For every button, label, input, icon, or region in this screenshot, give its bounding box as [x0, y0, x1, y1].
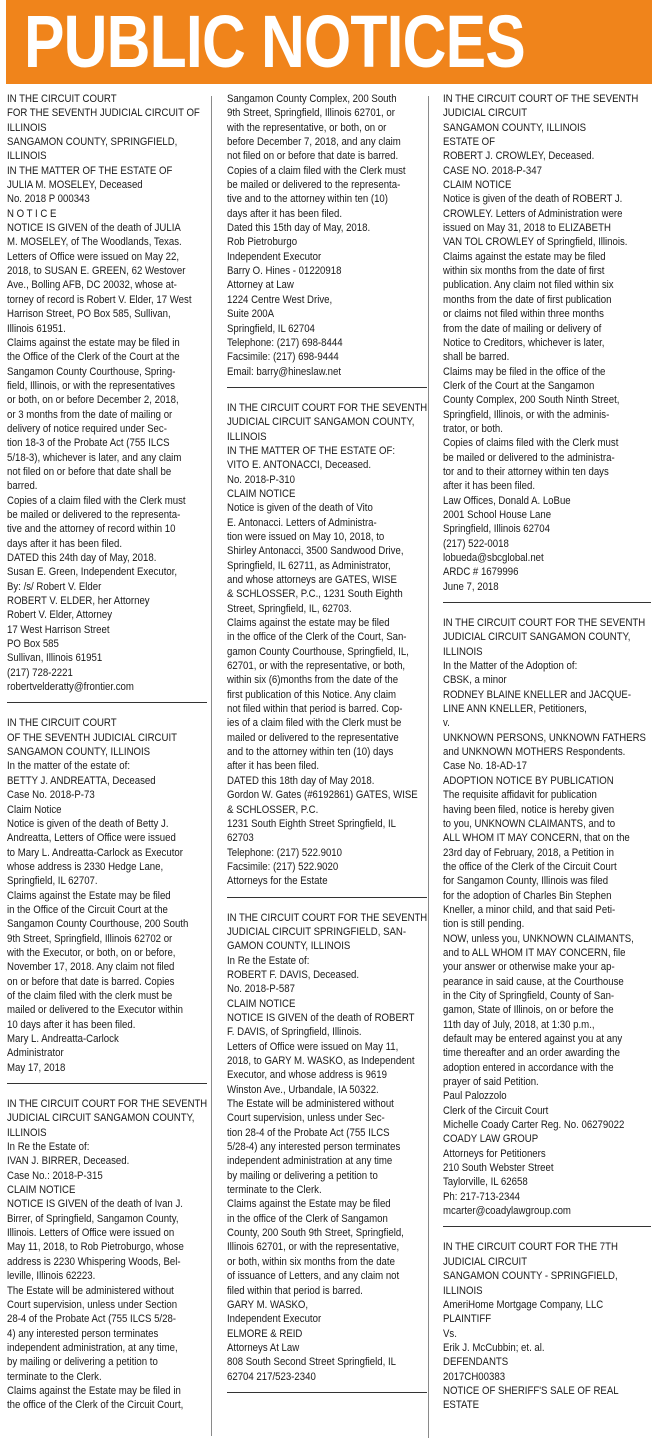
notice-line: Gordon W. Gates (#6192861) GATES, WISE	[227, 788, 418, 802]
notice-line: 2001 School House Lane	[443, 508, 551, 522]
notice-line: or both, within six months from the date	[227, 1255, 395, 1269]
notice-line: delivery of notice required under Sec-	[7, 422, 167, 436]
notice-line: Letters of Office were issued on May 22,	[7, 250, 179, 264]
notice-line: Illinois. Letters of Office were issued …	[7, 1226, 174, 1240]
notice-line: In the matter of the estate of:	[7, 759, 130, 773]
notice-line: County Complex, 200 South Ninth Street,	[443, 393, 619, 407]
notice-line: Claims against the estate may be filed	[227, 616, 390, 630]
notice-line: Telephone: (217) 522.9010	[227, 846, 342, 860]
notice-line: for Sangamon County, Illinois was filed	[443, 874, 608, 888]
notice-line: NOW, unless you, UNKNOWN CLAIMANTS,	[443, 932, 634, 946]
notice-line: 62703	[227, 831, 254, 845]
notice-line: Attorneys At Law	[227, 1341, 299, 1355]
notice-line: May 11, 2018, to Rob Pietroburgo, whose	[7, 1240, 184, 1254]
notice-line: 9th Street, Springfield, Illinois 62702 …	[7, 932, 172, 946]
notice-line: tion were issued on May 10, 2018, to	[227, 530, 384, 544]
notice-line: Ph: 217-713-2344	[443, 1190, 520, 1204]
notice-line: Street, Springfield, IL, 62703.	[227, 602, 352, 616]
notice-line: No. 2018 P 000343	[7, 192, 90, 206]
notice-line: Attorneys for the Estate	[227, 874, 328, 888]
notice-divider	[443, 602, 651, 603]
notice-line: in the office of the Clerk of the Court,…	[227, 630, 407, 644]
notice-line: 11th day of July, 2018, at 1:30 p.m.,	[443, 1018, 594, 1032]
notice-line: Case No. 2018-P-73	[7, 788, 95, 802]
notice-line: COADY LAW GROUP	[443, 1132, 538, 1146]
notice-line: default may be entered against you at an…	[443, 1032, 622, 1046]
notice-divider	[227, 897, 427, 898]
notice-line: Claims against the estate may be filed	[443, 250, 606, 264]
notice-line: JUDICIAL CIRCUIT SPRINGFIELD, SAN-	[227, 925, 406, 939]
notice-divider	[227, 1392, 427, 1393]
notice-line: Birrer, of Springfield, Sangamon County,	[7, 1212, 178, 1226]
public-notice: IN THE CIRCUIT COURT FOR THE SEVENTHJUDI…	[443, 616, 651, 1218]
notice-line: issued on May 31, 2018 to ELIZABETH	[443, 221, 611, 235]
notice-line: 808 South Second Street Springfield, IL	[227, 1355, 396, 1369]
notice-line: Springfield, Illinois, or with the admin…	[443, 408, 609, 422]
column-rule	[211, 96, 212, 1436]
notice-line: robertvelderatty@frontier.com	[7, 680, 134, 694]
notice-line: AmeriHome Mortgage Company, LLC	[443, 1298, 603, 1312]
notice-line: Executor, and whose address is 9619	[227, 1068, 387, 1082]
notice-line: VAN TOL CROWLEY of Springfield, Illinois…	[443, 235, 628, 249]
notice-line: by mailing or delivering a petition to	[7, 1355, 158, 1369]
notice-line: PO Box 585	[7, 637, 59, 651]
notice-divider	[7, 702, 207, 703]
notice-line: CASE NO. 2018-P-347	[443, 164, 542, 178]
notice-line: DEFENDANTS	[443, 1355, 508, 1369]
section-banner: PUBLIC NOTICES	[6, 0, 652, 84]
notice-line: Dated this 15th day of May, 2018.	[227, 221, 370, 235]
notice-line: in the City of Springfield, County of Sa…	[443, 989, 614, 1003]
notice-line: Attorney at Law	[227, 278, 294, 292]
notice-line: 62701, or with the representative, or bo…	[227, 659, 405, 673]
notice-line: within six months from the date of first	[443, 264, 605, 278]
notice-line: M. MOSELEY, of The Woodlands, Texas.	[7, 235, 182, 249]
notice-line: NOTICE IS GIVEN of the death of ROBERT	[227, 1011, 414, 1025]
notice-line: Notice is given of the death of Vito	[227, 501, 373, 515]
notice-line: Illinois 62701, or with the representati…	[227, 1240, 399, 1254]
notice-line: Claims against the Estate may be filed	[227, 1197, 390, 1211]
notice-line: after it has been filed.	[227, 759, 319, 773]
notice-line: Claim Notice	[7, 803, 61, 817]
public-notice: IN THE CIRCUIT COURT OF THE SEVENTHJUDIC…	[443, 92, 651, 594]
notice-line: IN THE CIRCUIT COURT	[7, 716, 116, 730]
notice-line: mailed or delivered to the Executor with…	[7, 1003, 183, 1017]
notice-line: (217) 728-2221	[7, 666, 73, 680]
notice-line: JUDICIAL CIRCUIT	[443, 1255, 527, 1269]
notice-line: and to ALL WHOM IT MAY CONCERN, file	[443, 946, 625, 960]
notice-line: months from the date of first publicatio…	[443, 293, 612, 307]
notice-line: ILLINOIS	[7, 149, 47, 163]
notice-line: Case No. 18-AD-17	[443, 759, 527, 773]
notice-line: FOR THE SEVENTH JUDICIAL CIRCUIT OF	[7, 106, 200, 120]
notice-line: 5/28-4) any interested person terminates	[227, 1140, 400, 1154]
notice-line: PLAINTIFF	[443, 1312, 491, 1326]
notice-line: days after it has been filed.	[227, 207, 342, 221]
notice-line: JUDICIAL CIRCUIT SANGAMON COUNTY,	[443, 630, 630, 644]
notice-line: RODNEY BLAINE KNELLER and JACQUE-	[443, 688, 631, 702]
public-notice: IN THE CIRCUIT COURTOF THE SEVENTH JUDIC…	[7, 716, 207, 1075]
notice-line: IN THE CIRCUIT COURT FOR THE SEVENTH	[7, 1097, 207, 1111]
notice-line: for the adoption of Charles Bin Stephen	[443, 889, 612, 903]
notice-line: terminate to the Clerk.	[7, 1370, 102, 1384]
notice-line: ESTATE	[443, 1398, 479, 1412]
notice-line: Letters of Office were issued on May 11,	[227, 1040, 398, 1054]
notice-line: torney of record is Robert V. Elder, 17 …	[7, 293, 192, 307]
notice-line: CBSK, a minor	[443, 673, 507, 687]
notice-line: 62704 217/523-2340	[227, 1370, 316, 1384]
notice-line: NOTICE OF SHERIFF'S SALE OF REAL	[443, 1384, 618, 1398]
notice-line: Claims against the estate may be filed i…	[7, 336, 180, 350]
notice-line: JUDICIAL CIRCUIT SANGAMON COUNTY,	[7, 1111, 194, 1125]
notice-line: 2018, to SUSAN E. GREEN, 62 Westover	[7, 264, 185, 278]
notice-line: DATED this 24th day of May, 2018.	[7, 551, 157, 565]
notice-line: No. 2018-P-587	[227, 982, 295, 996]
notice-line: trator, or both.	[443, 422, 503, 436]
notice-line: to you, UNKNOWN CLAIMANTS, and to	[443, 817, 615, 831]
notice-line: 10 days after it has been filed.	[7, 1018, 135, 1032]
notice-line: Vs.	[443, 1327, 457, 1341]
notice-line: ESTATE OF	[443, 135, 495, 149]
notice-line: NOTICE IS GIVEN of the death of Ivan J.	[7, 1197, 183, 1211]
notice-line: ILLINOIS	[443, 645, 483, 659]
notice-line: Claims against the Estate may be filed i…	[7, 1384, 181, 1398]
public-notice: IN THE CIRCUIT COURTFOR THE SEVENTH JUDI…	[7, 92, 207, 694]
notice-line: Notice is given of the death of Betty J.	[7, 817, 169, 831]
notice-line: CLAIM NOTICE	[227, 487, 296, 501]
notice-line: Michelle Coady Carter Reg. No. 06279022	[443, 1118, 624, 1132]
notice-line: GAMON COUNTY, ILLINOIS	[227, 939, 350, 953]
notice-line: CLAIM NOTICE	[227, 997, 296, 1011]
notice-line: ARDC # 1679996	[443, 565, 519, 579]
notice-line: VITO E. ANTONACCI, Deceased.	[227, 458, 371, 472]
notice-line: ILLINOIS	[443, 1284, 483, 1298]
notice-line: from the date of mailing or delivery of	[443, 322, 601, 336]
notice-line: IVAN J. BIRRER, Deceased.	[7, 1154, 129, 1168]
notice-line: IN THE MATTER OF THE ESTATE OF:	[227, 444, 395, 458]
notice-line: the office of the Clerk of the Circuit C…	[7, 1398, 183, 1412]
notice-line: the office of the Clerk of the Circuit C…	[443, 860, 617, 874]
notice-line: Springfield, IL 62704	[227, 322, 315, 336]
notice-line: barred.	[7, 479, 37, 493]
notice-line: on or before that date is barred. Copies	[7, 975, 175, 989]
notice-line: and whose attorneys are GATES, WISE	[227, 573, 397, 587]
notice-line: be mailed or delivered to the representa…	[7, 508, 181, 522]
notice-line: independent administration, at any time,	[7, 1341, 177, 1355]
notice-line: SANGAMON COUNTY - SPRINGFIELD,	[443, 1269, 618, 1283]
column-1: IN THE CIRCUIT COURTFOR THE SEVENTH JUDI…	[7, 92, 207, 1413]
notice-line: Erik J. McCubbin; et. al.	[443, 1341, 544, 1355]
notice-line: gamon County Courthouse, Springfield, IL…	[227, 645, 408, 659]
notice-line: ILLINOIS	[7, 121, 47, 135]
notice-line: 1231 South Eighth Street Springfield, IL	[227, 817, 396, 831]
notice-line: June 7, 2018	[443, 580, 499, 594]
notice-line: IN THE CIRCUIT COURT	[7, 92, 116, 106]
notice-line: adoption entered in accordance with the	[443, 1061, 613, 1075]
notice-line: 2018, to GARY M. WASKO, as Independent	[227, 1054, 414, 1068]
notice-line: By: /s/ Robert V. Elder	[7, 580, 102, 594]
notice-line: Independent Executor	[227, 250, 321, 264]
notice-line: publication. Any claim not filed within …	[443, 278, 613, 292]
notice-line: tive and to the attorney within ten (10)	[227, 192, 388, 206]
notice-line: IN THE CIRCUIT COURT FOR THE 7TH	[443, 1240, 618, 1254]
public-notice: IN THE CIRCUIT COURT FOR THE SEVENTHJUDI…	[227, 911, 427, 1384]
notice-line: IN THE CIRCUIT COURT FOR THE SEVENTH	[227, 911, 427, 925]
notice-line: Case No.: 2018-P-315	[7, 1169, 102, 1183]
notice-line: Susan E. Green, Independent Executor,	[7, 565, 177, 579]
notice-line: SANGAMON COUNTY, ILLINOIS	[443, 121, 586, 135]
notice-line: Copies of claims filed with the Clerk mu…	[443, 436, 618, 450]
notice-line: Sullivan, Illinois 61951	[7, 651, 102, 665]
notice-line: UNKNOWN PERSONS, UNKNOWN FATHERS	[443, 731, 646, 745]
notice-line: your answer or otherwise make your ap-	[443, 960, 615, 974]
column-rule	[428, 96, 429, 1438]
notice-line: ROBERT F. DAVIS, Deceased.	[227, 968, 359, 982]
notice-line: 1224 Centre West Drive,	[227, 293, 332, 307]
notice-line: in the office of the Clerk of Sangamon	[227, 1212, 388, 1226]
notice-line: In Re the Estate of:	[227, 954, 310, 968]
notice-line: Illinois 61951.	[7, 322, 65, 336]
notice-line: after it has been filed.	[443, 479, 535, 493]
notice-line: Telephone: (217) 698-8444	[227, 336, 342, 350]
notice-line: Copies of a claim filed with the Clerk m…	[227, 164, 406, 178]
notice-line: JUDICIAL CIRCUIT	[443, 106, 527, 120]
notice-line: whose address is 2330 Hedge Lane,	[7, 860, 164, 874]
notice-line: independent administration at any time	[227, 1154, 392, 1168]
notice-line: gamon, State of Illinois, on or before t…	[443, 1003, 613, 1017]
notice-line: County, 200 South 9th Street, Springfiel…	[227, 1226, 404, 1240]
notice-line: or 3 months from the date of mailing or	[7, 408, 172, 422]
notice-line: 2017CH00383	[443, 1370, 505, 1384]
notice-line: address is 2230 Whispering Woods, Bel-	[7, 1255, 181, 1269]
notice-line: DATED this 18th day of May 2018.	[227, 774, 374, 788]
notice-line: by mailing or delivering a petition to	[227, 1169, 378, 1183]
notice-line: be mailed or delivered to the administra…	[443, 451, 615, 465]
notice-line: to Mary L. Andreatta-Carlock as Executor	[7, 846, 183, 860]
notice-line: mailed or delivered to the representativ…	[227, 731, 399, 745]
notice-line: Suite 200A	[227, 307, 274, 321]
notice-line: The requisite affidavit for publication	[443, 788, 597, 802]
notice-line: Court supervision, unless under Sec-	[227, 1111, 384, 1125]
notice-line: Robert V. Elder, Attorney	[7, 608, 112, 622]
notice-line: tion is still pending.	[443, 917, 525, 931]
notice-line: 9th Street, Springfield, Illinois 62701,…	[227, 106, 395, 120]
notice-line: SANGAMON COUNTY, ILLINOIS	[7, 745, 150, 759]
notice-line: ROBERT V. ELDER, her Attorney	[7, 594, 150, 608]
notice-line: 23rd day of February, 2018, a Petition i…	[443, 846, 614, 860]
notice-line: Claims may be filed in the office of the	[443, 365, 606, 379]
notice-line: Law Offices, Donald A. LoBue	[443, 494, 570, 508]
notice-line: In the Matter of the Adoption of:	[443, 659, 577, 673]
notice-line: Ave., Bolling AFB, DC 20032, whose at-	[7, 278, 177, 292]
notice-line: within six (6)months from the date of th…	[227, 673, 398, 687]
notice-line: Shirley Antonacci, 3500 Sandwood Drive,	[227, 544, 403, 558]
notice-line: 17 West Harrison Street	[7, 623, 109, 637]
notice-line: The Estate will be administered without	[227, 1097, 394, 1111]
notice-line: days after it has been filed.	[7, 537, 122, 551]
notice-divider	[227, 387, 427, 388]
notice-line: terminate to the Clerk.	[227, 1183, 322, 1197]
notice-line: Claims against the Estate may be filed	[7, 889, 170, 903]
notice-line: shall be barred.	[443, 350, 509, 364]
notice-line: not filed on or before that date is barr…	[227, 149, 398, 163]
notice-line: pearance in said cause, at the Courthous…	[443, 975, 624, 989]
notice-line: having been filed, notice is hereby give…	[443, 803, 614, 817]
notice-line: of issuance of Letters, and any claim no…	[227, 1269, 399, 1283]
notice-line: JUDICIAL CIRCUIT SANGAMON COUNTY,	[227, 415, 414, 429]
notice-line: first publication of this Notice. Any cl…	[227, 688, 396, 702]
notice-line: tion 18-3 of the Probate Act (755 ILCS	[7, 436, 170, 450]
notice-line: Mary L. Andreatta-Carlock	[7, 1032, 119, 1046]
notice-line: not filed on or before that date shall b…	[7, 465, 171, 479]
notice-line: the Office of the Clerk of the Court at …	[7, 350, 180, 364]
notice-line: 5/18-3), whichever is later, and any cla…	[7, 451, 182, 465]
column-3: IN THE CIRCUIT COURT OF THE SEVENTHJUDIC…	[443, 92, 651, 1413]
public-notice: IN THE CIRCUIT COURT FOR THE SEVENTHJUDI…	[227, 401, 427, 889]
notice-line: Sangamon County Complex, 200 South	[227, 92, 396, 106]
notice-line: prayer of said Petition.	[443, 1075, 538, 1089]
notice-line: tion 28-4 of the Probate Act (755 ILCS	[227, 1126, 390, 1140]
notice-line: ROBERT J. CROWLEY, Deceased.	[443, 149, 594, 163]
public-notice: IN THE CIRCUIT COURT FOR THE 7THJUDICIAL…	[443, 1240, 651, 1412]
notice-line: filed within that period is barred.	[227, 1284, 363, 1298]
notice-line: 210 South Webster Street	[443, 1161, 554, 1175]
notice-line: tive and the attorney of record within 1…	[7, 522, 176, 536]
public-notice: Sangamon County Complex, 200 South9th St…	[227, 92, 427, 379]
notice-line: Sangamon County Courthouse, Spring-	[7, 365, 176, 379]
notice-line: SANGAMON COUNTY, SPRINGFIELD,	[7, 135, 177, 149]
notice-line: No. 2018-P-310	[227, 473, 295, 487]
notice-line: Kneller, a minor child, and that said Pe…	[443, 903, 615, 917]
notice-line: tor and to their attorney within ten day…	[443, 465, 609, 479]
notice-line: Sangamon County Courthouse, 200 South	[7, 917, 188, 931]
notice-line: of the claim filed with the clerk must b…	[7, 989, 172, 1003]
notice-line: 28-4 of the Probate Act (755 ILCS 5/28-	[7, 1312, 176, 1326]
notice-line: in the Office of the Circuit Court at th…	[7, 903, 168, 917]
notice-line: BETTY J. ANDREATTA, Deceased	[7, 774, 156, 788]
notice-line: Springfield, IL 62711, as Administrator,	[227, 559, 390, 573]
notice-line: GARY M. WASKO,	[227, 1298, 308, 1312]
notice-line: CROWLEY. Letters of Administration were	[443, 207, 623, 221]
notice-line: Copies of a claim filed with the Clerk m…	[7, 494, 186, 508]
notice-line: ALL WHOM IT MAY CONCERN, that on the	[443, 831, 630, 845]
notice-line: Clerk of the Court at the Sangamon	[443, 379, 594, 393]
notice-line: ADOPTION NOTICE BY PUBLICATION	[443, 774, 614, 788]
notice-line: Facsimile: (217) 522.9020	[227, 860, 338, 874]
notice-line: ies of a claim filed with the Clerk must…	[227, 716, 402, 730]
notice-line: v.	[443, 716, 450, 730]
notice-line: E. Antonacci. Letters of Administra-	[227, 516, 377, 530]
notice-line: Court supervision, unless under Section	[7, 1298, 177, 1312]
notice-line: Independent Executor	[227, 1312, 321, 1326]
notice-line: leville, Illinois 62223.	[7, 1269, 96, 1283]
notice-line: or both, on or before December 2, 2018,	[7, 393, 179, 407]
notice-line: Rob Pietroburgo	[227, 235, 297, 249]
notice-line: Winston Ave., Urbandale, IA 50322.	[227, 1083, 378, 1097]
notice-line: ILLINOIS	[227, 430, 267, 444]
notice-line: be mailed or delivered to the representa…	[227, 178, 401, 192]
notice-line: mcarter@coadylawgroup.com	[443, 1204, 571, 1218]
notice-line: Notice is given of the death of ROBERT J…	[443, 192, 623, 206]
notice-line: IN THE CIRCUIT COURT FOR THE SEVENTH	[443, 616, 645, 630]
notice-divider	[443, 1226, 651, 1227]
notice-line: with the Executor, or both, on or before…	[7, 946, 176, 960]
notice-line: before December 7, 2018, and any claim	[227, 135, 401, 149]
notice-line: Attorneys for Petitioners	[443, 1147, 545, 1161]
notice-line: N O T I C E	[7, 207, 56, 221]
notice-line: not filed within that period is barred. …	[227, 702, 402, 716]
notice-line: time thereafter and an order awarding th…	[443, 1046, 620, 1060]
notice-line: Taylorville, IL 62658	[443, 1175, 527, 1189]
notice-line: 4) any interested person terminates	[7, 1327, 158, 1341]
notice-line: ELMORE & REID	[227, 1327, 303, 1341]
notice-line: CLAIM NOTICE	[7, 1183, 76, 1197]
notice-line: Clerk of the Circuit Court	[443, 1104, 548, 1118]
notice-line: IN THE CIRCUIT COURT FOR THE SEVENTH	[227, 401, 427, 415]
notice-line: ILLINOIS	[7, 1126, 47, 1140]
notice-line: Paul Palozzolo	[443, 1089, 507, 1103]
notice-line: OF THE SEVENTH JUDICIAL CIRCUIT	[7, 731, 177, 745]
notice-line: IN THE CIRCUIT COURT OF THE SEVENTH	[443, 92, 638, 106]
notice-line: Springfield, Illinois 62704	[443, 522, 550, 536]
notice-line: & SCHLOSSER, P.C.	[227, 803, 318, 817]
notice-line: JULIA M. MOSELEY, Deceased	[7, 178, 143, 192]
notice-line: NOTICE IS GIVEN of the death of JULIA	[7, 221, 181, 235]
notice-line: or claims not filed within three months	[443, 307, 604, 321]
notice-line: and UNKNOWN MOTHERS Respondents.	[443, 745, 625, 759]
section-title: PUBLIC NOTICES	[24, 0, 525, 90]
column-2: Sangamon County Complex, 200 South9th St…	[227, 92, 427, 1406]
notice-line: IN THE MATTER OF THE ESTATE OF	[7, 164, 172, 178]
notice-line: Administrator	[7, 1046, 64, 1060]
notice-line: Springfield, IL 62707.	[7, 874, 97, 888]
notice-line: lobueda@sbcglobal.net	[443, 551, 544, 565]
notice-line: November 17, 2018. Any claim not filed	[7, 960, 175, 974]
notice-line: Andreatta, Letters of Office were issued	[7, 831, 176, 845]
notice-line: field, Illinois, or with the representat…	[7, 379, 175, 393]
public-notice: IN THE CIRCUIT COURT FOR THE SEVENTHJUDI…	[7, 1097, 207, 1413]
notice-divider	[7, 1083, 207, 1084]
notice-line: Facsimile: (217) 698-9444	[227, 350, 339, 364]
notice-line: Email: barry@hineslaw.net	[227, 365, 341, 379]
notice-line: May 17, 2018	[7, 1061, 65, 1075]
notice-line: LINE ANN KNELLER, Petitioners,	[443, 702, 587, 716]
notice-line: The Estate will be administered without	[7, 1284, 174, 1298]
notice-line: Notice to Creditors, whichever is later,	[443, 336, 605, 350]
notice-line: (217) 522-0018	[443, 537, 509, 551]
notice-line: and to the attorney within ten (10) days	[227, 745, 393, 759]
notice-line: with the representative, or both, on or	[227, 121, 386, 135]
notice-line: F. DAVIS, of Springfield, Illinois.	[227, 1025, 361, 1039]
notice-line: In Re the Estate of:	[7, 1140, 90, 1154]
notice-line: CLAIM NOTICE	[443, 178, 512, 192]
notice-line: Barry O. Hines - 01220918	[227, 264, 341, 278]
notice-line: Harrison Street, PO Box 585, Sullivan,	[7, 307, 170, 321]
notice-line: & SCHLOSSER, P.C., 1231 South Eighth	[227, 587, 402, 601]
